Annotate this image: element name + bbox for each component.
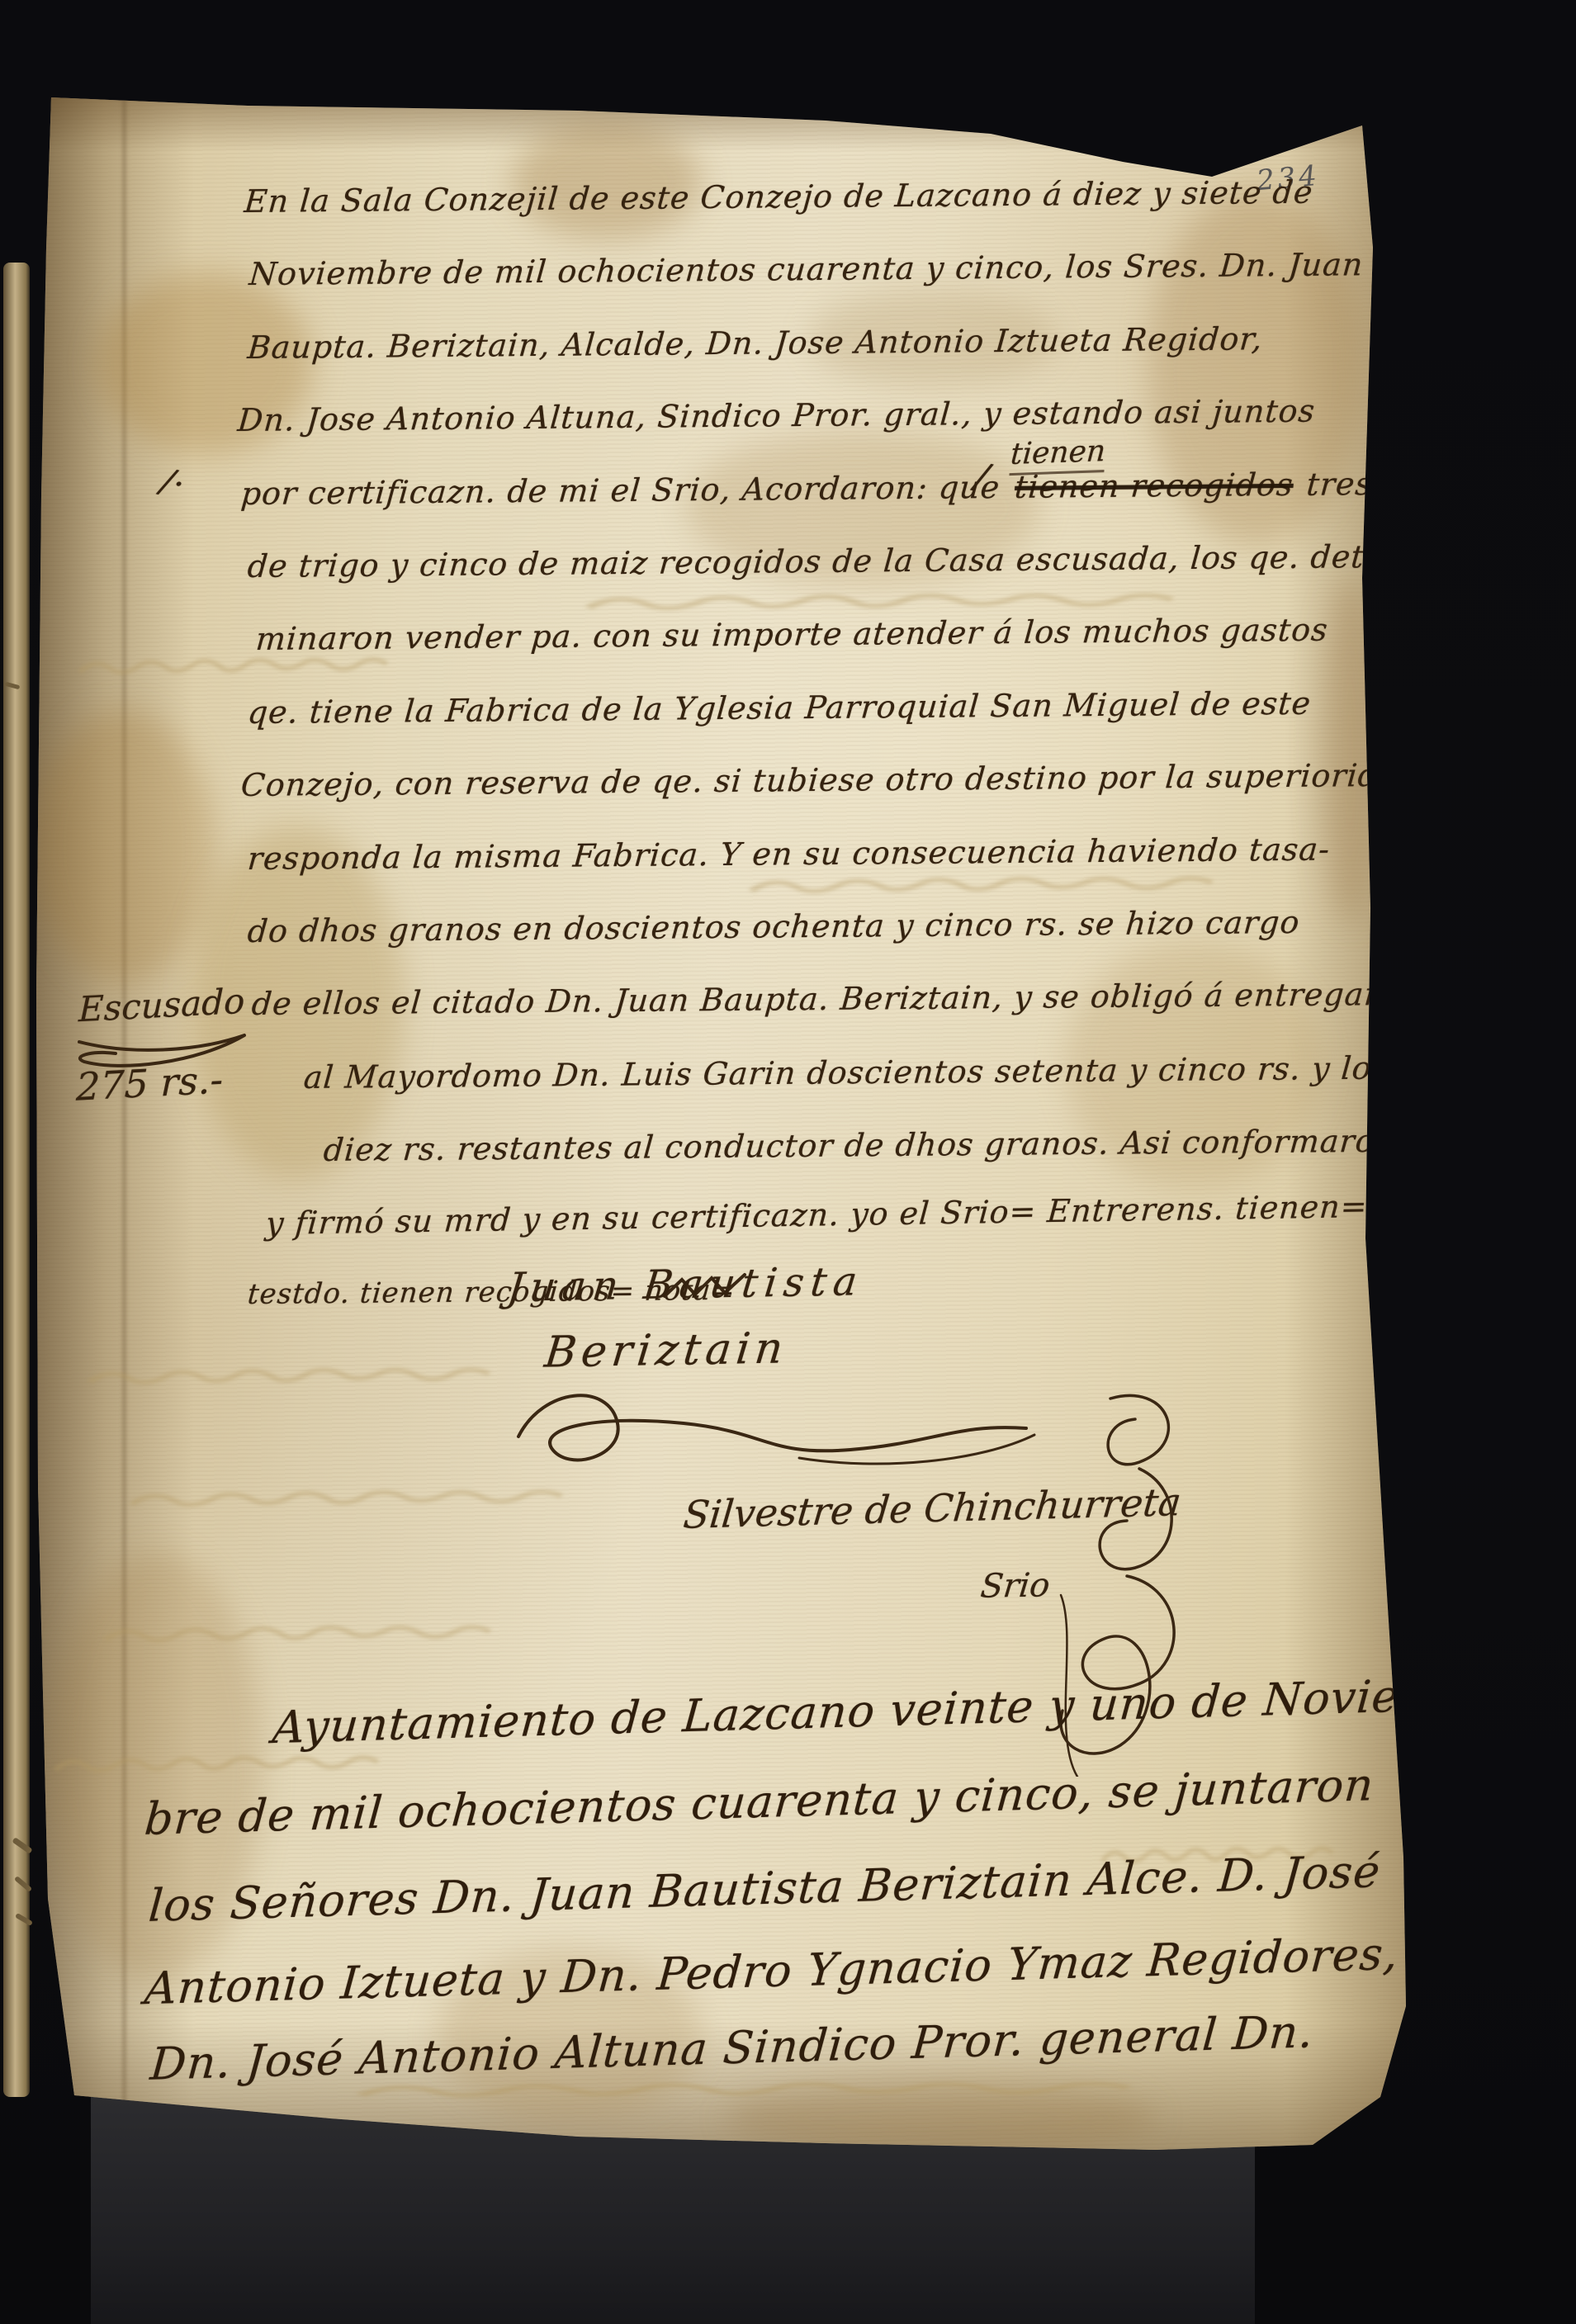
stain	[1321, 578, 1379, 925]
line-text-before-correction: por certificazn. de mi el Srio, Acordaro…	[239, 469, 1001, 512]
interlinear-insertion: tienen	[1009, 434, 1106, 476]
photograph-background: 234 /· Escusado 275 rs.- En la Sala Conz…	[0, 0, 1576, 2324]
signature-beriztain: Beriztain	[542, 1323, 790, 1377]
previous-page-edge	[3, 263, 30, 2097]
stain	[33, 710, 215, 982]
manuscript-page: 234 /· Escusado 275 rs.- En la Sala Conz…	[0, 0, 1576, 2324]
margin-note-amount: 275 rs.-	[76, 1057, 224, 1109]
signature-title-srio: Srio	[979, 1566, 1052, 1606]
line-text-after-correction: tres fan.	[1305, 465, 1448, 503]
signature-juan-bautista: Juan Bautista	[505, 1258, 866, 1311]
